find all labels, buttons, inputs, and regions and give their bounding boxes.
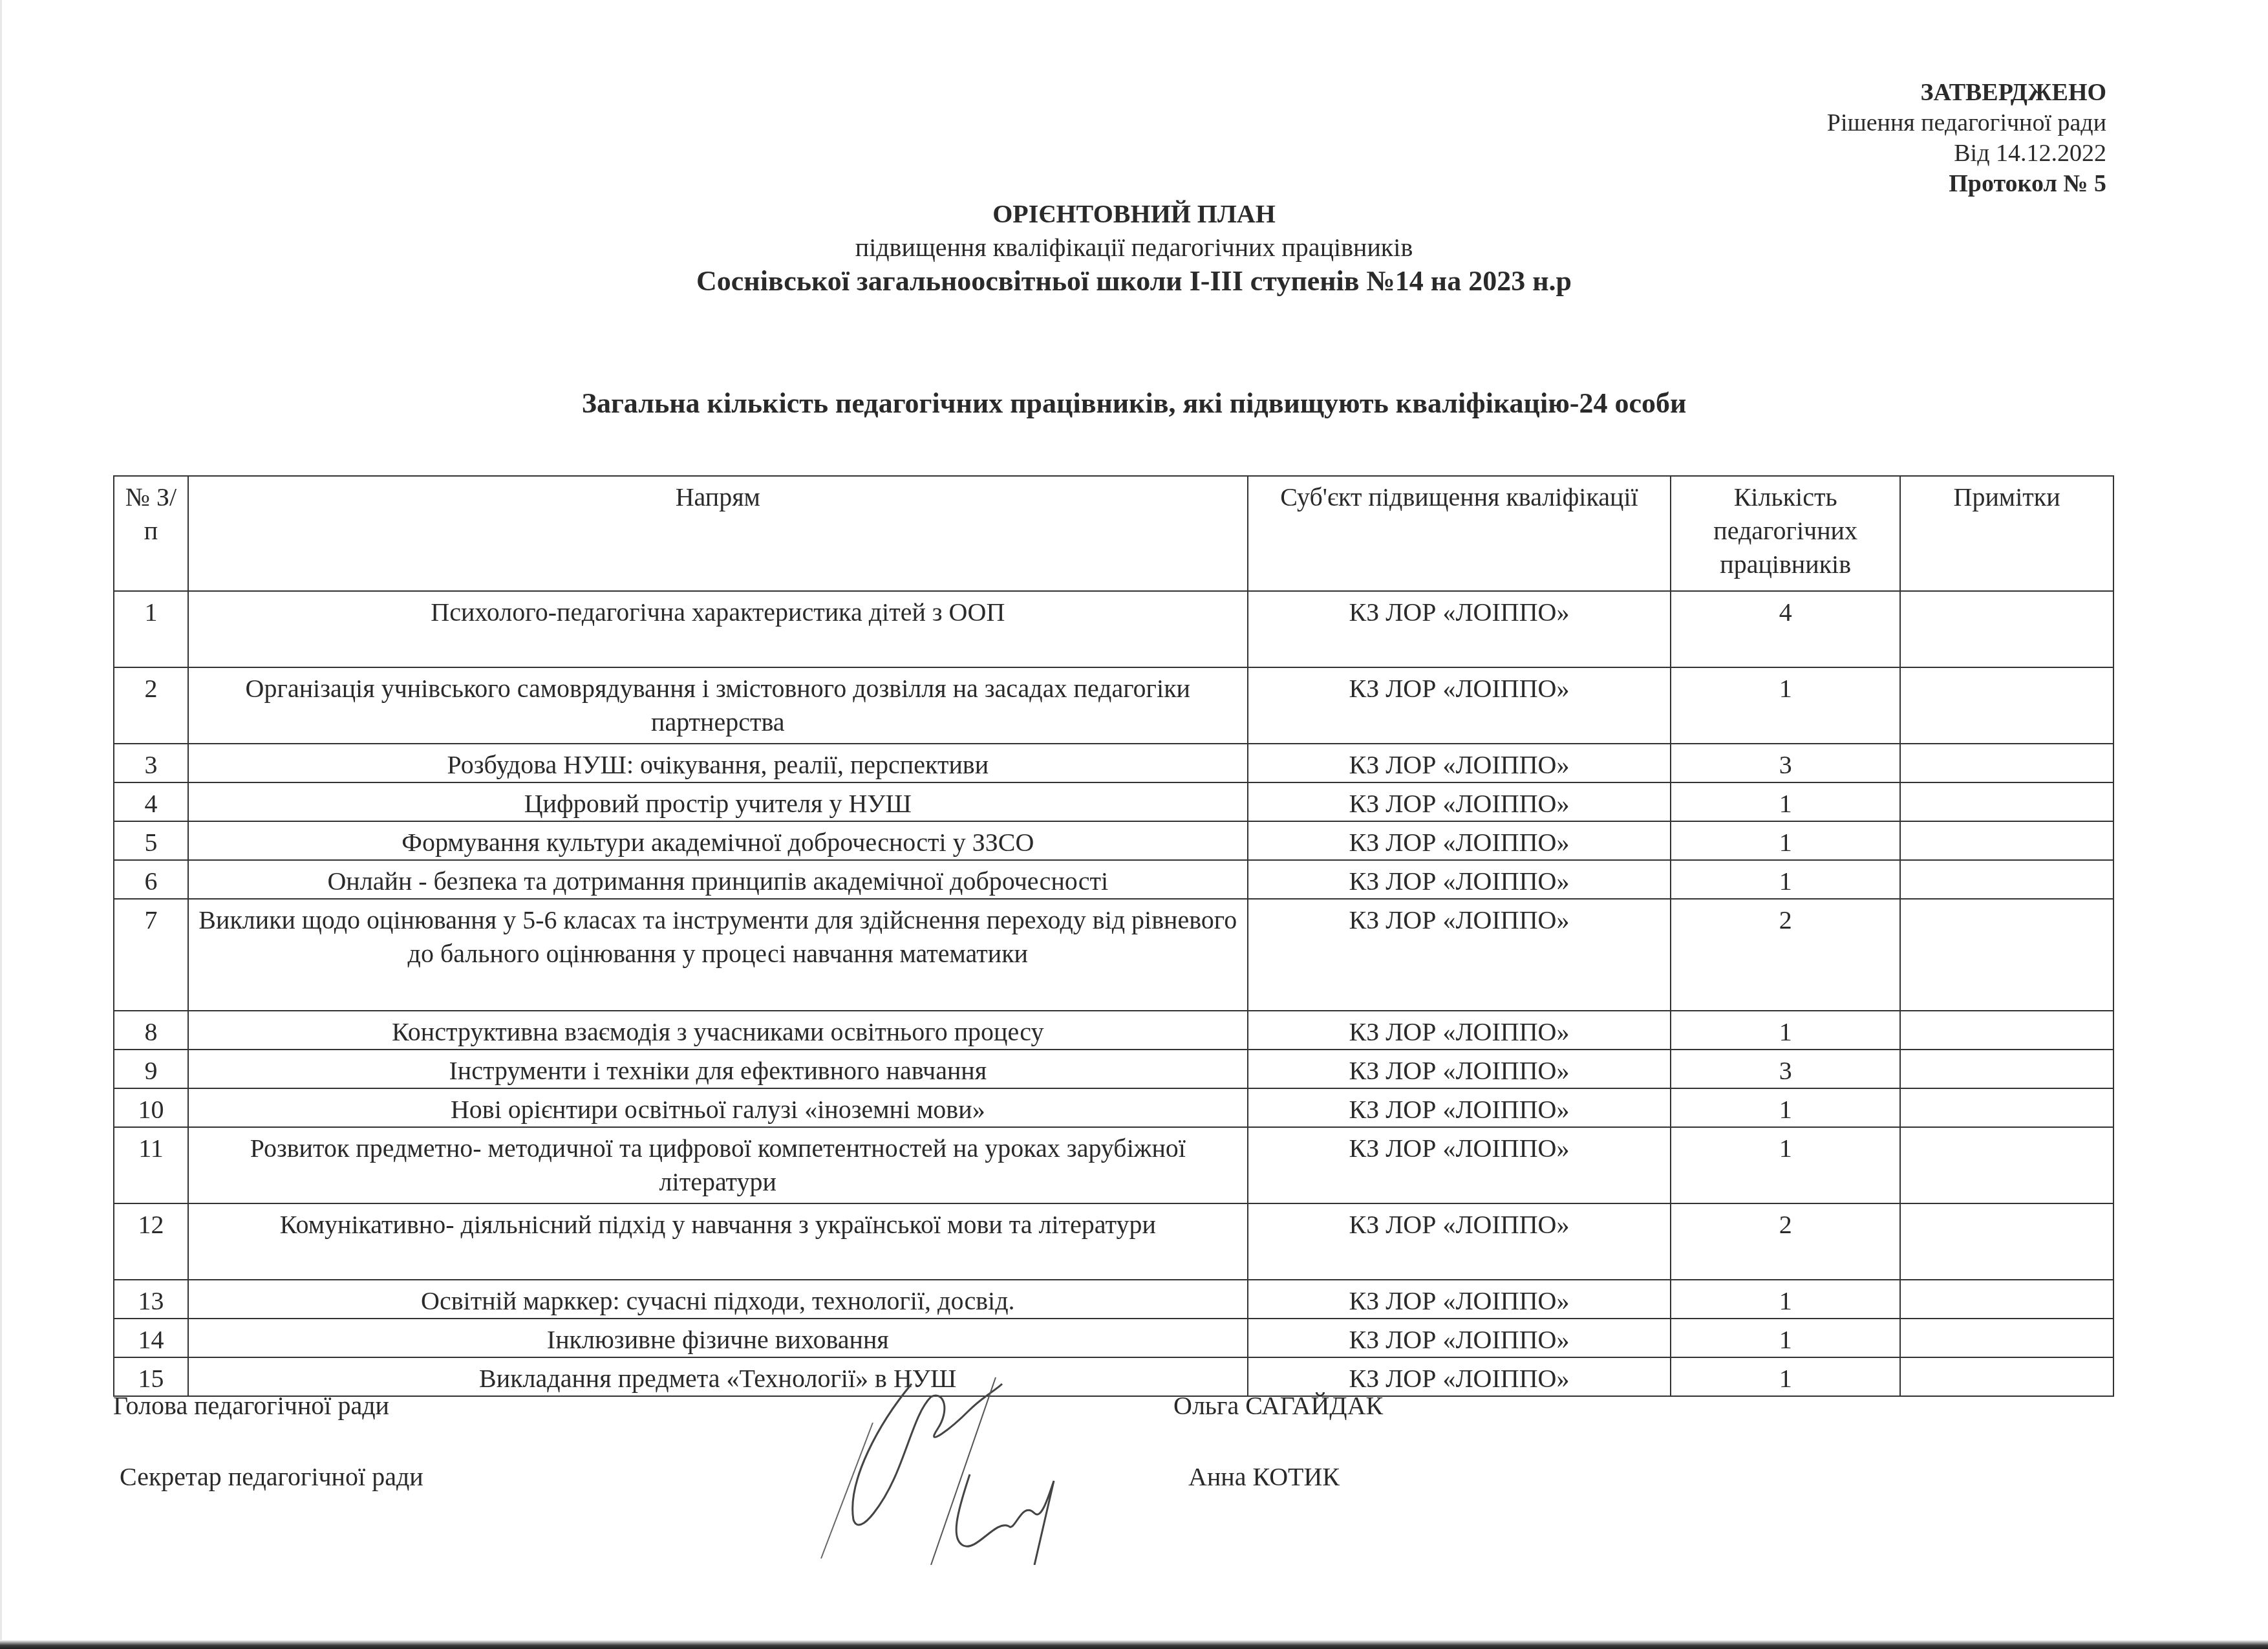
row-count: 3 [1671,1050,1900,1088]
secretary-name: Анна КОТИК [1188,1461,1340,1492]
summary-line: Загальна кількість педагогічних працівни… [0,387,2268,420]
approval-date: Від 14.12.2022 [1827,138,2106,169]
approval-decision: Рішення педагогічної ради [1827,108,2106,138]
row-notes [1900,782,2113,821]
row-notes [1900,860,2113,899]
row-number: 10 [114,1088,188,1127]
row-notes [1900,667,2113,744]
row-number: 2 [114,667,188,744]
row-notes [1900,1203,2113,1280]
row-subject: КЗ ЛОР «ЛОІППО» [1248,1088,1671,1127]
row-direction: Розвиток предметно- методичної та цифров… [188,1127,1248,1203]
header-notes: Примітки [1900,476,2113,591]
row-number: 5 [114,821,188,860]
row-count: 1 [1671,1088,1900,1127]
row-notes [1900,591,2113,667]
table-row: 3Розбудова НУШ: очікування, реалії, перс… [114,744,2113,782]
row-direction: Інструменти і техніки для ефективного на… [188,1050,1248,1088]
row-count: 1 [1671,667,1900,744]
table-row: 12Комунікативно- діяльнісний підхід у на… [114,1203,2113,1280]
row-notes [1900,1357,2113,1396]
row-notes [1900,1088,2113,1127]
document-title: ОРІЄНТОВНИЙ ПЛАН підвищення кваліфікації… [0,197,2268,298]
row-direction: Організація учнівського самоврядування і… [188,667,1248,744]
table-row: 14Інклюзивне фізичне вихованняКЗ ЛОР «ЛО… [114,1319,2113,1357]
handwritten-signatures [802,1371,1138,1565]
header-count: Кількість педагогічних працівників [1671,476,1900,591]
row-notes [1900,1127,2113,1203]
row-direction: Інклюзивне фізичне виховання [188,1319,1248,1357]
row-count: 1 [1671,1011,1900,1050]
header-direction: Напрям [188,476,1248,591]
training-plan-table: № З/п Напрям Суб'єкт підвищення кваліфік… [113,475,2114,1397]
row-direction: Освітній марккер: сучасні підходи, техно… [188,1280,1248,1319]
row-notes [1900,1319,2113,1357]
row-subject: КЗ ЛОР «ЛОІППО» [1248,860,1671,899]
row-direction: Конструктивна взаємодія з учасниками осв… [188,1011,1248,1050]
row-direction: Комунікативно- діяльнісний підхід у навч… [188,1203,1248,1280]
table-row: 8Конструктивна взаємодія з учасниками ос… [114,1011,2113,1050]
row-direction: Розбудова НУШ: очікування, реалії, персп… [188,744,1248,782]
row-count: 4 [1671,591,1900,667]
row-notes [1900,744,2113,782]
row-subject: КЗ ЛОР «ЛОІППО» [1248,899,1671,1011]
row-number: 9 [114,1050,188,1088]
row-notes [1900,1050,2113,1088]
row-direction: Онлайн - безпека та дотримання принципів… [188,860,1248,899]
row-subject: КЗ ЛОР «ЛОІППО» [1248,1203,1671,1280]
row-subject: КЗ ЛОР «ЛОІППО» [1248,821,1671,860]
title-line-3: Соснівської загальноосвітньої школи І-ІІ… [0,264,2268,298]
row-count: 2 [1671,899,1900,1011]
table-row: 1Психолого-педагогічна характеристика ді… [114,591,2113,667]
row-subject: КЗ ЛОР «ЛОІППО» [1248,591,1671,667]
table-header-row: № З/п Напрям Суб'єкт підвищення кваліфік… [114,476,2113,591]
row-subject: КЗ ЛОР «ЛОІППО» [1248,1127,1671,1203]
row-number: 12 [114,1203,188,1280]
row-notes [1900,821,2113,860]
row-subject: КЗ ЛОР «ЛОІППО» [1248,744,1671,782]
row-number: 13 [114,1280,188,1319]
row-number: 3 [114,744,188,782]
table-row: 5Формування культури академічної доброче… [114,821,2113,860]
table-row: 4Цифровий простір учителя у НУШКЗ ЛОР «Л… [114,782,2113,821]
row-direction: Цифровий простір учителя у НУШ [188,782,1248,821]
chair-name: Ольга САГАЙДАК [1173,1390,1383,1421]
row-count: 1 [1671,821,1900,860]
approval-stamp: ЗАТВЕРДЖЕНО Рішення педагогічної ради Ві… [1827,78,2106,199]
header-subject: Суб'єкт підвищення кваліфікації [1248,476,1671,591]
table-row: 10Нові орієнтири освітньої галузі «інозе… [114,1088,2113,1127]
title-line-2: підвищення кваліфікації педагогічних пра… [0,231,2268,264]
table-row: 11Розвиток предметно- методичної та цифр… [114,1127,2113,1203]
row-count: 1 [1671,1280,1900,1319]
row-count: 1 [1671,1127,1900,1203]
row-count: 2 [1671,1203,1900,1280]
row-count: 1 [1671,1357,1900,1396]
table-row: 13Освітній марккер: сучасні підходи, тех… [114,1280,2113,1319]
row-count: 3 [1671,744,1900,782]
row-number: 7 [114,899,188,1011]
row-count: 1 [1671,1319,1900,1357]
row-subject: КЗ ЛОР «ЛОІППО» [1248,1011,1671,1050]
row-number: 14 [114,1319,188,1357]
row-number: 8 [114,1011,188,1050]
table-row: 9Інструменти і техніки для ефективного н… [114,1050,2113,1088]
row-subject: КЗ ЛОР «ЛОІППО» [1248,1319,1671,1357]
row-direction: Нові орієнтири освітньої галузі «іноземн… [188,1088,1248,1127]
title-line-1: ОРІЄНТОВНИЙ ПЛАН [0,197,2268,231]
row-number: 6 [114,860,188,899]
row-subject: КЗ ЛОР «ЛОІППО» [1248,1280,1671,1319]
row-number: 1 [114,591,188,667]
row-subject: КЗ ЛОР «ЛОІППО» [1248,667,1671,744]
row-notes [1900,899,2113,1011]
table-row: 7Виклики щодо оцінювання у 5-6 класах та… [114,899,2113,1011]
row-number: 4 [114,782,188,821]
secretary-role: Секретар педагогічної ради [120,1461,423,1492]
header-num: № З/п [114,476,188,591]
row-subject: КЗ ЛОР «ЛОІППО» [1248,782,1671,821]
approval-status: ЗАТВЕРДЖЕНО [1827,78,2106,108]
row-direction: Формування культури академічної доброчес… [188,821,1248,860]
row-direction: Виклики щодо оцінювання у 5-6 класах та … [188,899,1248,1011]
table-row: 6Онлайн - безпека та дотримання принципі… [114,860,2113,899]
row-count: 1 [1671,782,1900,821]
scan-edge-bottom [0,1640,2268,1649]
row-number: 11 [114,1127,188,1203]
approval-protocol: Протокол № 5 [1827,169,2106,199]
row-count: 1 [1671,860,1900,899]
row-notes [1900,1280,2113,1319]
row-notes [1900,1011,2113,1050]
row-direction: Психолого-педагогічна характеристика діт… [188,591,1248,667]
chair-role: Голова педагогічної ради [113,1390,389,1421]
table-row: 2Організація учнівського самоврядування … [114,667,2113,744]
row-subject: КЗ ЛОР «ЛОІППО» [1248,1050,1671,1088]
